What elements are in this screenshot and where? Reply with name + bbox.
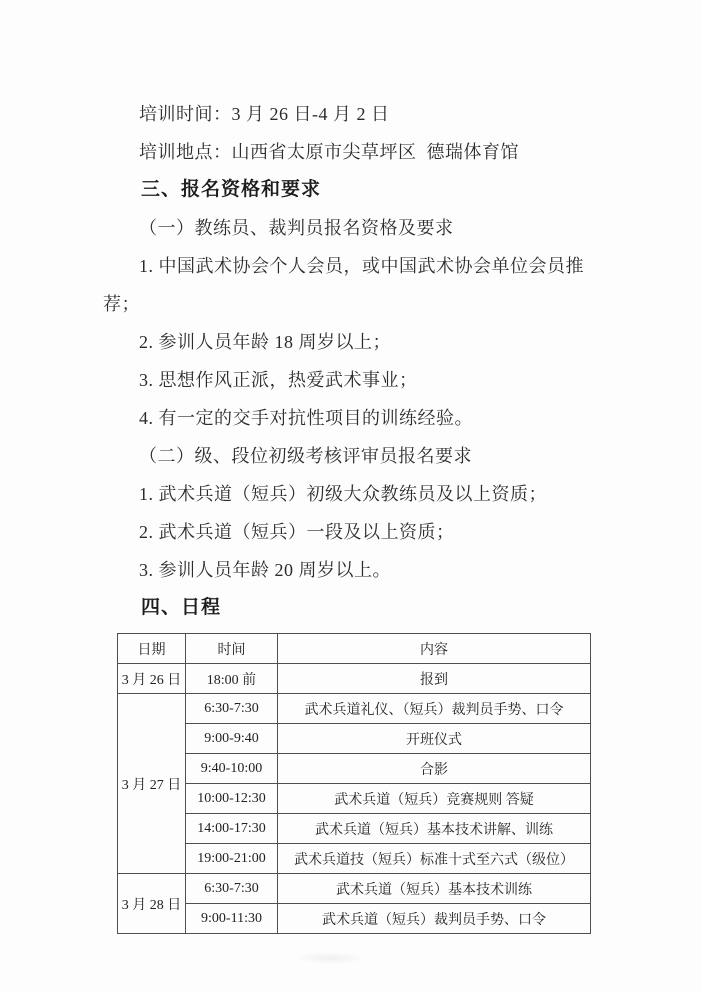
schedule-content-cell: 武术兵道（短兵）竞赛规则 答疑: [278, 784, 591, 814]
schedule-time-cell: 10:00-12:30: [186, 784, 278, 814]
table-row: 19:00-21:00 武术兵道技（短兵）标准十式至六式（级位）: [118, 844, 591, 874]
schedule-time-cell: 18:00 前: [186, 664, 278, 694]
schedule-table: 日期 时间 内容 3 月 26 日 18:00 前 报到 3 月 27 日 6:…: [117, 633, 591, 934]
item-line: 2. 武术兵道（短兵）一段及以上资质；: [103, 513, 603, 551]
schedule-time-cell: 6:30-7:30: [186, 874, 278, 904]
schedule-content-cell: 武术兵道技（短兵）标准十式至六式（级位）: [278, 844, 591, 874]
schedule-time-cell: 19:00-21:00: [186, 844, 278, 874]
section-4-heading: 四、日程: [103, 589, 603, 627]
schedule-time-cell: 9:40-10:00: [186, 754, 278, 784]
header-date: 日期: [118, 634, 186, 664]
schedule-content-cell: 报到: [278, 664, 591, 694]
schedule-content-cell: 合影: [278, 754, 591, 784]
table-row: 3 月 28 日 6:30-7:30 武术兵道（短兵）基本技术训练: [118, 874, 591, 904]
scan-smudge: [295, 952, 365, 964]
item-line: 1. 武术兵道（短兵）初级大众教练员及以上资质；: [103, 475, 603, 513]
item-line: 3. 参训人员年龄 20 周岁以上。: [103, 551, 603, 589]
header-content: 内容: [278, 634, 591, 664]
table-row: 9:00-9:40 开班仪式: [118, 724, 591, 754]
training-time-line: 培训时间：3 月 26 日-4 月 2 日: [103, 95, 603, 133]
schedule-content-cell: 武术兵道（短兵）基本技术训练: [278, 874, 591, 904]
header-time: 时间: [186, 634, 278, 664]
item-line: 3. 思想作风正派，热爱武术事业；: [103, 361, 603, 399]
schedule-date-cell: 3 月 27 日: [118, 694, 186, 874]
table-row: 9:00-11:30 武术兵道（短兵）裁判员手势、口令: [118, 904, 591, 934]
document-body: 培训时间：3 月 26 日-4 月 2 日 培训地点：山西省太原市尖草坪区 德瑞…: [103, 95, 603, 934]
scanned-document-page: 培训时间：3 月 26 日-4 月 2 日 培训地点：山西省太原市尖草坪区 德瑞…: [0, 0, 702, 993]
item-line: 4. 有一定的交手对抗性项目的训练经验。: [103, 399, 603, 437]
schedule-time-cell: 14:00-17:30: [186, 814, 278, 844]
schedule-content-cell: 武术兵道（短兵）基本技术讲解、训练: [278, 814, 591, 844]
subsection-1-heading: （一）教练员、裁判员报名资格及要求: [103, 209, 603, 247]
schedule-table-header: 日期 时间 内容: [118, 634, 591, 664]
schedule-time-cell: 9:00-11:30: [186, 904, 278, 934]
table-row: 10:00-12:30 武术兵道（短兵）竞赛规则 答疑: [118, 784, 591, 814]
schedule-date-cell: 3 月 28 日: [118, 874, 186, 934]
schedule-content-cell: 开班仪式: [278, 724, 591, 754]
training-location-line: 培训地点：山西省太原市尖草坪区 德瑞体育馆: [103, 133, 603, 171]
table-row: 3 月 26 日 18:00 前 报到: [118, 664, 591, 694]
table-header-row: 日期 时间 内容: [118, 634, 591, 664]
table-row: 14:00-17:30 武术兵道（短兵）基本技术讲解、训练: [118, 814, 591, 844]
schedule-date-cell: 3 月 26 日: [118, 664, 186, 694]
item-line: 2. 参训人员年龄 18 周岁以上；: [103, 323, 603, 361]
schedule-time-cell: 6:30-7:30: [186, 694, 278, 724]
table-row: 3 月 27 日 6:30-7:30 武术兵道礼仪、（短兵）裁判员手势、口令: [118, 694, 591, 724]
section-3-heading: 三、报名资格和要求: [103, 171, 603, 209]
subsection-2-heading: （二）级、段位初级考核评审员报名要求: [103, 437, 603, 475]
schedule-content-cell: 武术兵道（短兵）裁判员手势、口令: [278, 904, 591, 934]
table-row: 9:40-10:00 合影: [118, 754, 591, 784]
item-continuation-line: 荐；: [103, 285, 603, 323]
schedule-table-body: 3 月 26 日 18:00 前 报到 3 月 27 日 6:30-7:30 武…: [118, 664, 591, 934]
item-line: 1. 中国武术协会个人会员，或中国武术协会单位会员推: [103, 247, 603, 285]
schedule-content-cell: 武术兵道礼仪、（短兵）裁判员手势、口令: [278, 694, 591, 724]
schedule-time-cell: 9:00-9:40: [186, 724, 278, 754]
